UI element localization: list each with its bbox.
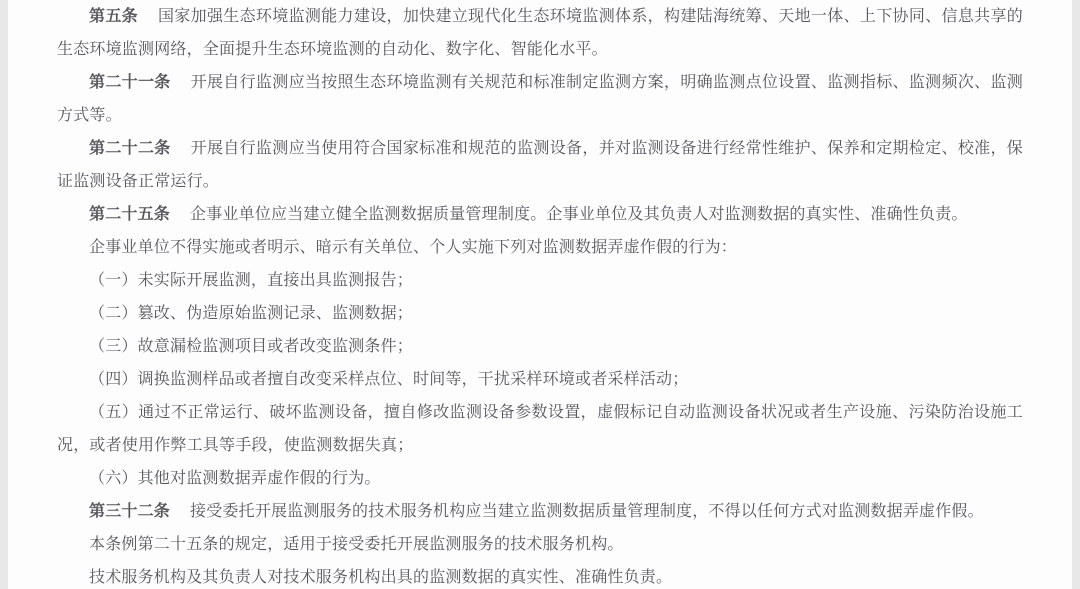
paragraph-text: 企事业单位不得实施或者明示、暗示有关单位、个人实施下列对监测数据弄虚作假的行为： bbox=[89, 239, 737, 256]
paragraph-text: 国家加强生态环境监测能力建设，加快建立现代化生态环境监测体系，构建陆海统筹、天地… bbox=[57, 8, 1023, 58]
list-item-4: （四）调换监测样品或者擅自改变采样点位、时间等，干扰采样环境或者采样活动； bbox=[57, 363, 1023, 396]
document-page: 第五条国家加强生态环境监测能力建设，加快建立现代化生态环境监测体系，构建陆海统筹… bbox=[8, 0, 1072, 589]
article-number-label: 第二十一条 bbox=[89, 74, 171, 91]
paragraph-text: （六）其他对监测数据弄虚作假的行为。 bbox=[89, 470, 381, 487]
article-number-label: 第五条 bbox=[89, 8, 138, 25]
article-number-label: 第三十二条 bbox=[89, 503, 170, 520]
paragraph-responsibility: 技术服务机构及其负责人对技术服务机构出具的监测数据的真实性、准确性负责。 bbox=[57, 561, 1023, 589]
article-number-label: 第二十二条 bbox=[89, 140, 171, 157]
paragraph-text: 本条例第二十五条的规定，适用于接受委托开展监测服务的技术服务机构。 bbox=[89, 536, 624, 553]
paragraph-article-21: 第二十一条开展自行监测应当按照生态环境监测有关规范和标准制定监测方案，明确监测点… bbox=[57, 66, 1023, 132]
paragraph-text: 开展自行监测应当使用符合国家标准和规范的监测设备，并对监测设备进行经常性维护、保… bbox=[57, 140, 1023, 190]
list-item-2: （二）篡改、伪造原始监测记录、监测数据； bbox=[57, 297, 1023, 330]
paragraph-prohibition-intro: 企事业单位不得实施或者明示、暗示有关单位、个人实施下列对监测数据弄虚作假的行为： bbox=[57, 231, 1023, 264]
list-item-3: （三）故意漏检监测项目或者改变监测条件； bbox=[57, 330, 1023, 363]
paragraph-article-25: 第二十五条企事业单位应当建立健全监测数据质量管理制度。企事业单位及其负责人对监测… bbox=[57, 198, 1023, 231]
paragraph-article-5: 第五条国家加强生态环境监测能力建设，加快建立现代化生态环境监测体系，构建陆海统筹… bbox=[57, 0, 1023, 66]
list-item-6: （六）其他对监测数据弄虚作假的行为。 bbox=[57, 462, 1023, 495]
document-body: 第五条国家加强生态环境监测能力建设，加快建立现代化生态环境监测体系，构建陆海统筹… bbox=[57, 0, 1023, 589]
paragraph-applicability: 本条例第二十五条的规定，适用于接受委托开展监测服务的技术服务机构。 bbox=[57, 528, 1023, 561]
list-item-1: （一）未实际开展监测，直接出具监测报告； bbox=[57, 264, 1023, 297]
paragraph-text: 技术服务机构及其负责人对技术服务机构出具的监测数据的真实性、准确性负责。 bbox=[89, 569, 672, 586]
paragraph-text: （二）篡改、伪造原始监测记录、监测数据； bbox=[89, 305, 413, 322]
paragraph-text: 开展自行监测应当按照生态环境监测有关规范和标准制定监测方案，明确监测点位设置、监… bbox=[57, 74, 1023, 124]
paragraph-text: 接受委托开展监测服务的技术服务机构应当建立监测数据质量管理制度，不得以任何方式对… bbox=[190, 503, 984, 520]
paragraph-article-22: 第二十二条开展自行监测应当使用符合国家标准和规范的监测设备，并对监测设备进行经常… bbox=[57, 132, 1023, 198]
paragraph-text: 企事业单位应当建立健全监测数据质量管理制度。企事业单位及其负责人对监测数据的真实… bbox=[190, 206, 968, 223]
paragraph-text: （三）故意漏检监测项目或者改变监测条件； bbox=[89, 338, 413, 355]
paragraph-text: （四）调换监测样品或者擅自改变采样点位、时间等，干扰采样环境或者采样活动； bbox=[89, 371, 688, 388]
article-number-label: 第二十五条 bbox=[89, 206, 170, 223]
list-item-5: （五）通过不正常运行、破坏监测设备，擅自修改监测设备参数设置，虚假标记自动监测设… bbox=[57, 396, 1023, 462]
paragraph-text: （一）未实际开展监测，直接出具监测报告； bbox=[89, 272, 413, 289]
paragraph-text: （五）通过不正常运行、破坏监测设备，擅自修改监测设备参数设置，虚假标记自动监测设… bbox=[57, 404, 1023, 454]
paragraph-article-32: 第三十二条接受委托开展监测服务的技术服务机构应当建立监测数据质量管理制度，不得以… bbox=[57, 495, 1023, 528]
